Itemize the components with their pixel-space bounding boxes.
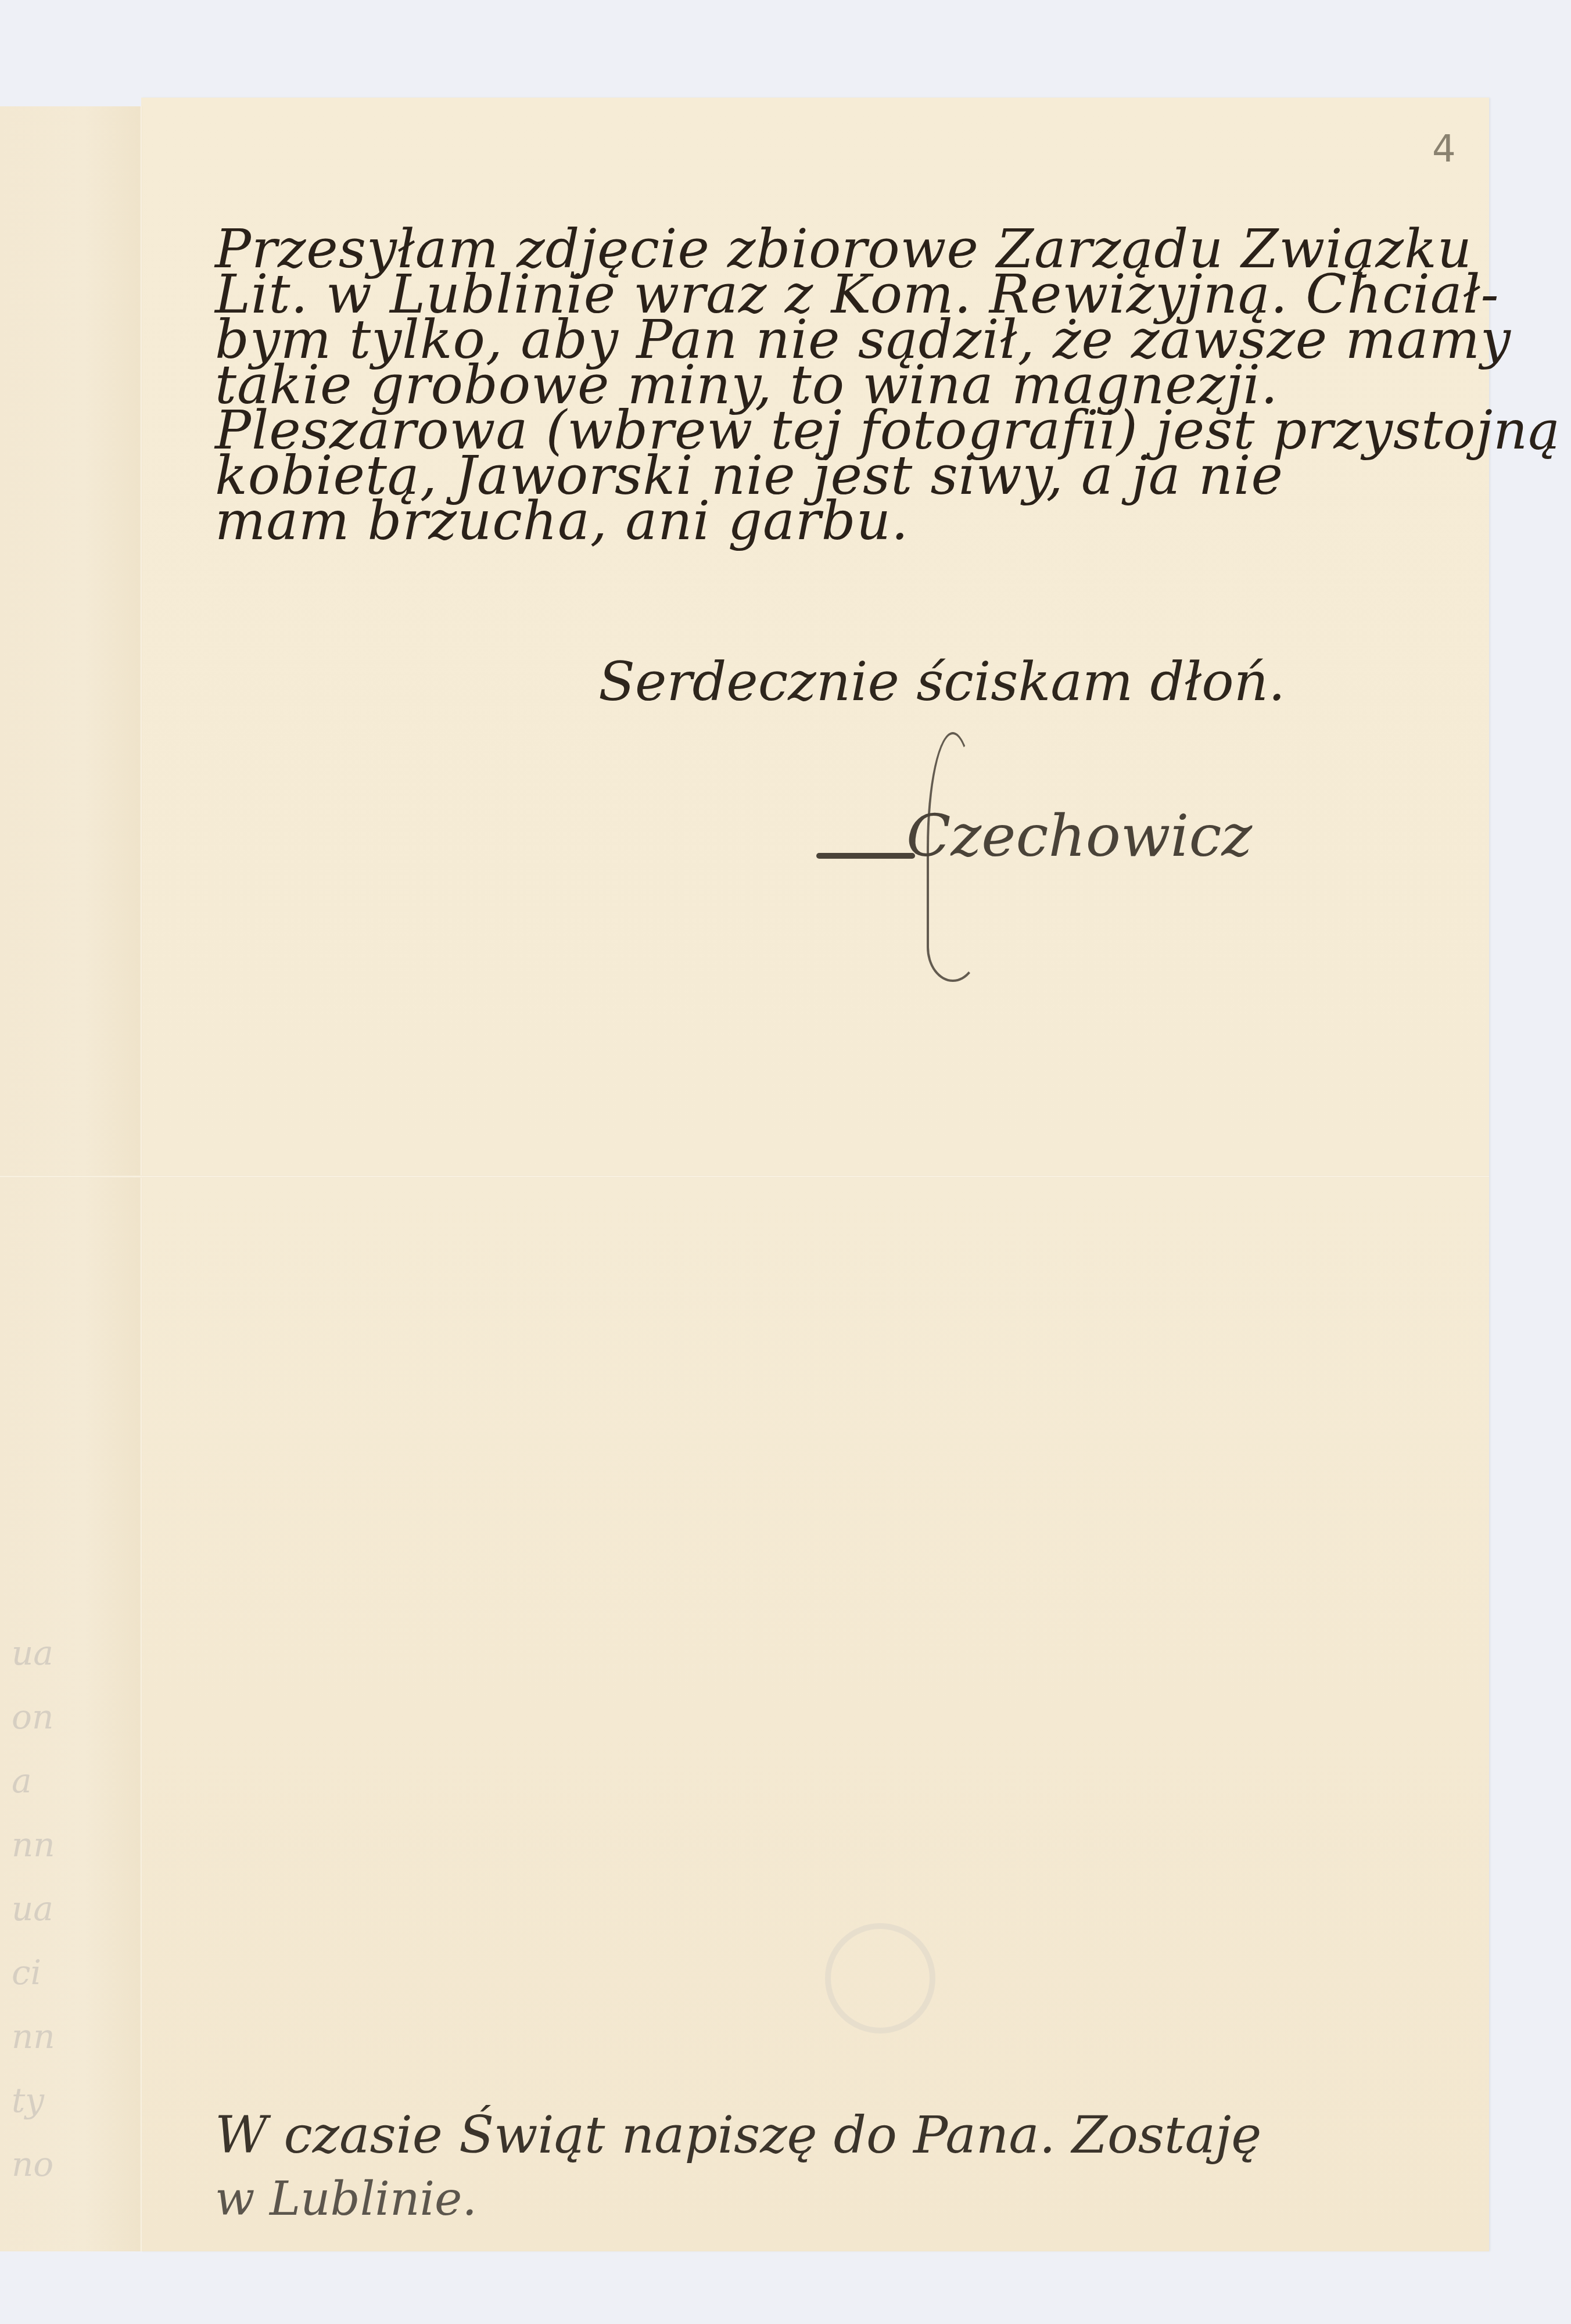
faint-round-stamp — [825, 1923, 935, 2033]
bleed-line: nn — [12, 2004, 128, 2068]
bleed-line: nn — [12, 1813, 128, 1877]
postscript-line: W czasie Świąt napiszę do Pana. Zostaję — [215, 2103, 1464, 2167]
body-line: mam brzucha, ani garbu. — [215, 498, 1487, 544]
postscript: W czasie Świąt napiszę do Pana. Zostaję … — [215, 2103, 1464, 2231]
signature: Czechowicz — [906, 802, 1252, 870]
postscript-line: w Lublinie. — [215, 2167, 1464, 2231]
bleed-line: a — [12, 1749, 128, 1813]
bleed-line: on — [12, 1685, 128, 1749]
bleed-line: ua — [12, 1621, 128, 1685]
bleed-through-text: ua on a nn ua ci nn ty no — [12, 1621, 128, 2196]
bleed-line: ty — [12, 2068, 128, 2132]
letter-body: Przesyłam zdjęcie zbiorowe Zarządu Związ… — [215, 227, 1487, 544]
bleed-line: no — [12, 2132, 128, 2196]
closing-salutation: Serdecznie ściskam dłoń. — [598, 651, 1285, 713]
signature-dash — [816, 853, 915, 859]
horizontal-fold-line — [0, 1175, 1489, 1178]
bleed-line: ci — [12, 1941, 128, 2004]
page-number: 4 — [1432, 128, 1456, 171]
vertical-fold-line — [140, 106, 142, 2251]
bleed-line: ua — [12, 1877, 128, 1941]
